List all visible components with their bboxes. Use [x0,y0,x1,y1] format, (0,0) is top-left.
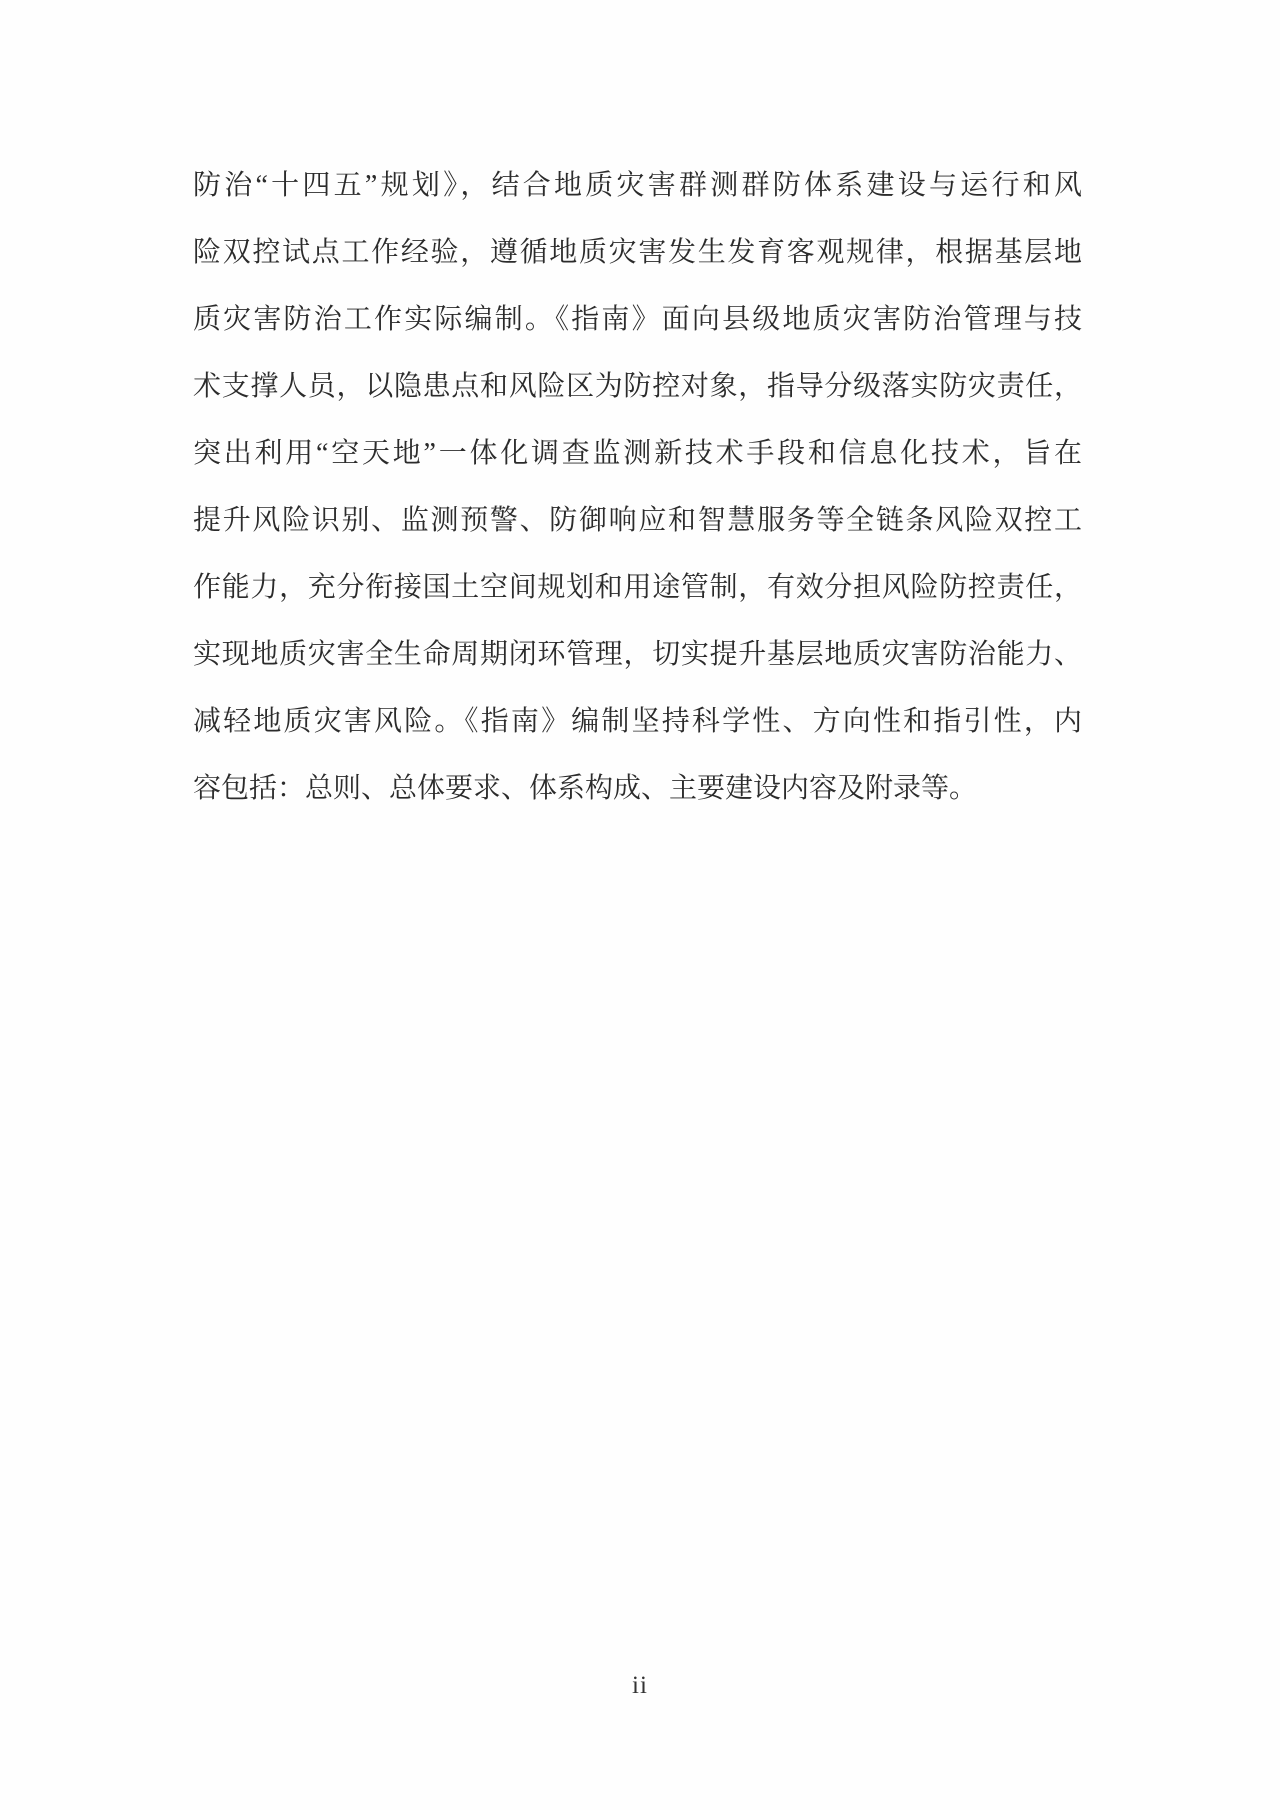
paragraph-line: 质灾害防治工作实际编制。《指南》面向县级地质灾害防治管理与技 [193,286,1082,353]
paragraph-line: 突出利用“空天地”一体化调查监测新技术手段和信息化技术，旨在 [193,420,1082,487]
paragraph-line: 实现地质灾害全生命周期闭环管理，切实提升基层地质灾害防治能力、 [193,621,1082,688]
paragraph-line: 提升风险识别、监测预警、防御响应和智慧服务等全链条风险双控工 [193,487,1082,554]
paragraph-line: 减轻地质灾害风险。《指南》编制坚持科学性、方向性和指引性，内 [193,688,1082,755]
paragraph-block: 防治“十四五”规划》，结合地质灾害群测群防体系建设与运行和风 险双控试点工作经验… [193,152,1082,822]
paragraph-line: 容包括：总则、总体要求、体系构成、主要建设内容及附录等。 [193,755,1082,822]
paragraph-line: 术支撑人员，以隐患点和风险区为防控对象，指导分级落实防灾责任， [193,353,1082,420]
page-number: ii [0,1672,1280,1700]
paragraph-line: 防治“十四五”规划》，结合地质灾害群测群防体系建设与运行和风 [193,152,1082,219]
paragraph-line: 作能力，充分衔接国土空间规划和用途管制，有效分担风险防控责任， [193,554,1082,621]
document-page: 防治“十四五”规划》，结合地质灾害群测群防体系建设与运行和风 险双控试点工作经验… [0,0,1280,1810]
paragraph-line: 险双控试点工作经验，遵循地质灾害发生发育客观规律，根据基层地 [193,219,1082,286]
